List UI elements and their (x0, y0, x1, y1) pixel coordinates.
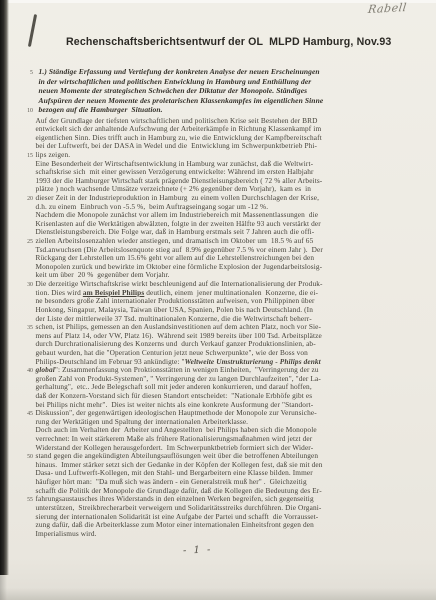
text-line: schaftskrise sich mit einer gewissen Ver… (22, 167, 323, 176)
text-line: durch Durchrationalisierung des Konzerns… (22, 339, 323, 348)
line-number: 55 (22, 497, 36, 503)
line-number: 30 (22, 282, 36, 288)
text-line: eigentlichen Sinn. Dies trifft auch in H… (22, 133, 323, 142)
text-line: Honkong, Singapur, Malaysia, Taiwan über… (22, 305, 323, 314)
text-line: schafft die Politik der Monopole die Gru… (22, 486, 323, 495)
text-line: 55fahrungsaustausches ihres Widerstands … (22, 494, 323, 503)
text-line: Doch auch im Verhalten der Arbeiter und … (22, 425, 323, 434)
line-number: 15 (22, 153, 36, 159)
text-line: 10bezogen auf die Hamburger Situation. (22, 105, 323, 115)
text-line: plätze ) noch wachsende Umsätze verzeich… (22, 184, 323, 193)
text-line: Dienstleistungsbereich. Die Folge war, d… (22, 227, 323, 236)
line-number: 40 (22, 368, 36, 374)
text-line: Monopolen zurück und bewirkte im Oktober… (22, 262, 323, 271)
body-paragraphs: Auf der Grundlage der tiefsten wirtschaf… (22, 116, 323, 538)
text-line: bei der Luftwerft, bei der DASA in Wedel… (22, 141, 323, 150)
text-line: gerhaltung", etc.. Jede Belegschaft soll… (22, 382, 323, 391)
line-number: 35 (22, 325, 36, 331)
handwritten-name: Rabell (367, 1, 407, 16)
line-text: Aufspüren der neuen Momente des proletar… (36, 96, 324, 105)
text-line: rung der Werktätigen und Spaltung der in… (22, 417, 323, 426)
text-line: Rückgang der Lehrstellen um 15.6% geht v… (22, 253, 323, 262)
scan-edge-shadow (0, 0, 9, 575)
line-number: 10 (22, 108, 36, 114)
text-line: 30Die derzeitige Wirtschaftskrise wirkt … (22, 279, 323, 288)
text-line: 45Diskussion", der gegenwärtigen ideolog… (22, 408, 323, 417)
document-title: Rechenschaftsberichtsentwurf der OL MLPD… (66, 36, 391, 48)
text-line: tion. Dies wird am Beispiel Philips deut… (22, 288, 323, 297)
text-line: daß der Konzern-Vorstand sich für diesen… (22, 391, 323, 400)
text-line: bei Philips nicht mehr". Dies ist weiter… (22, 400, 323, 409)
text-line: 35schen, ist Philips, gemessen an den Au… (22, 322, 323, 331)
text-line: Imperialismus wird. (22, 529, 323, 538)
line-number: 45 (22, 411, 36, 417)
text-line: Krisenlasten auf die Werktätigen abwälzt… (22, 219, 323, 228)
text-line: Auf der Grundlage der tiefsten wirtschaf… (22, 116, 323, 125)
text-line: unterstützen, Streikbrecherarbeit verwei… (22, 503, 323, 512)
line-text: 1.) Ständige Erfassung und Vertiefung de… (36, 67, 320, 76)
text-line: entwickelt sich der anhaltende Aufschwun… (22, 124, 323, 133)
text-line: Nachdem die Monopole zunächst vor allem … (22, 210, 323, 219)
text-line: 20dieser Zeit in der Industrieproduktion… (22, 193, 323, 202)
line-number: 50 (22, 454, 36, 460)
intro-paragraph: 51.) Ständige Erfassung und Vertiefung d… (22, 67, 323, 115)
text-line: keit um über 20 % gegenüber dem Vorjahr. (22, 270, 323, 279)
text-line: neuen Momente der strategischen Schwäche… (22, 86, 323, 96)
text-line: häufiger hört man: "Da muß sich was ände… (22, 477, 323, 486)
text-line: mens auf Platz 14, oder VW, Platz 16). W… (22, 331, 323, 340)
text-line: 40global": Zusammenfassung von Proktions… (22, 365, 323, 374)
text-line: 25ziellen Arbeitslosenzahlen wieder anst… (22, 236, 323, 245)
text-line: gebaut wurden, hat die "Operation Centur… (22, 348, 323, 357)
text-line: Eine Besonderheit der Wirtschaftsentwick… (22, 159, 323, 168)
line-number: 5 (22, 70, 36, 76)
line-text: bezogen auf die Hamburger Situation. (36, 105, 163, 114)
text-line: hinaus. Immer stärker setzt sich der Ged… (22, 460, 323, 469)
line-number: 25 (22, 239, 36, 245)
handwritten-check-stroke (28, 14, 37, 47)
text-line: 15lips zeigen. (22, 150, 323, 159)
line-text: Imperialismus wird. (36, 529, 97, 538)
text-line: verrechnet: In weit stärkerem Maße als f… (22, 434, 323, 443)
handwritten-page-number: - 1 - (183, 544, 213, 556)
text-line: Tsd.anwuchsen (Die Arbeitslosenquote sti… (22, 245, 323, 254)
text-line: Aufspüren der neuen Momente des proletar… (22, 96, 323, 106)
text-line: in der wirtschaftlichen und politischen … (22, 77, 323, 87)
text-line: 51.) Ständige Erfassung und Vertiefung d… (22, 67, 323, 77)
line-number: 20 (22, 196, 36, 202)
line-text: bei der Luftwerft, bei der DASA in Wedel… (36, 141, 318, 150)
text-line: Widerstand der Kollegen herausgefordert.… (22, 443, 323, 452)
text-line: zung dafür, daß die Arbeiterklasse zum M… (22, 520, 323, 529)
text-line: Philips-Deutschland im Februar 93 ankünd… (22, 357, 323, 366)
scanned-page: Rabell Rechenschaftsberichtsentwurf der … (0, 0, 436, 600)
text-line: ne besonders große Zahl internationaler … (22, 296, 323, 305)
line-text: in der wirtschaftlichen und politischen … (36, 77, 312, 86)
line-text: neuen Momente der strategischen Schwäche… (36, 86, 308, 95)
text-line: großen Zahl von Produkt-Systemen", " Ver… (22, 374, 323, 383)
text-line: sierung der internationalen Solidarität … (22, 512, 323, 521)
text-line: 50stand gegen die angekündigten Abteilun… (22, 451, 323, 460)
text-line: d.h. zu einem Einbruch von -5.5 %, beim … (22, 202, 323, 211)
text-line: der Liste der mittlerweile 37 Tsd. multi… (22, 314, 323, 323)
text-line: 1993 der die Hamburger Wirtschaft stark … (22, 176, 323, 185)
text-line: Dasa- und Luftwerft-Kollegen, mit den St… (22, 468, 323, 477)
scan-bottom-edge (0, 588, 436, 600)
